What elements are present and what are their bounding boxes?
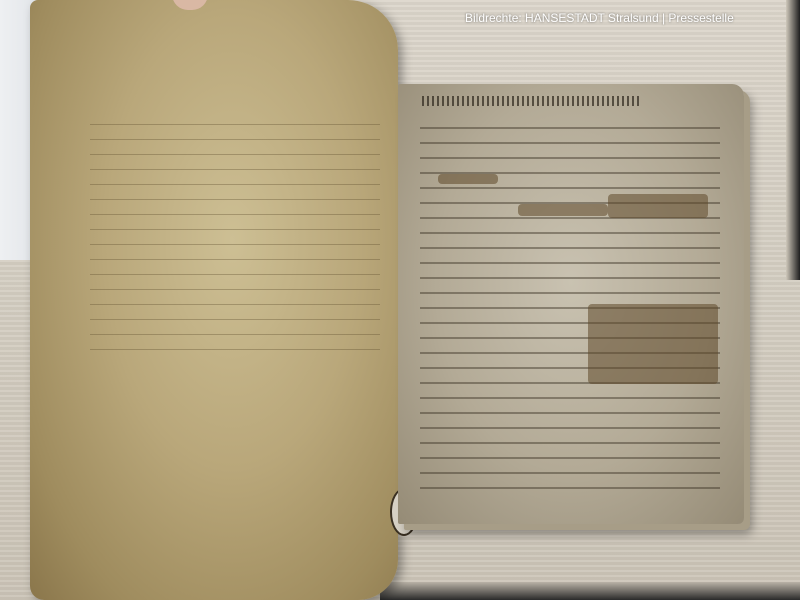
stain: [588, 304, 718, 384]
image-credit: Bildrechte: HANSESTADT Stralsund | Press…: [465, 11, 734, 25]
manuscript-left-page: [30, 0, 398, 600]
table-edge: [380, 582, 800, 600]
stain: [608, 194, 708, 218]
stain: [518, 204, 608, 216]
manuscript-heading: [422, 96, 642, 106]
dark-edge: [786, 0, 800, 280]
stain: [438, 174, 498, 184]
manuscript-right-page: [398, 84, 744, 524]
faded-handwriting: [90, 110, 380, 350]
